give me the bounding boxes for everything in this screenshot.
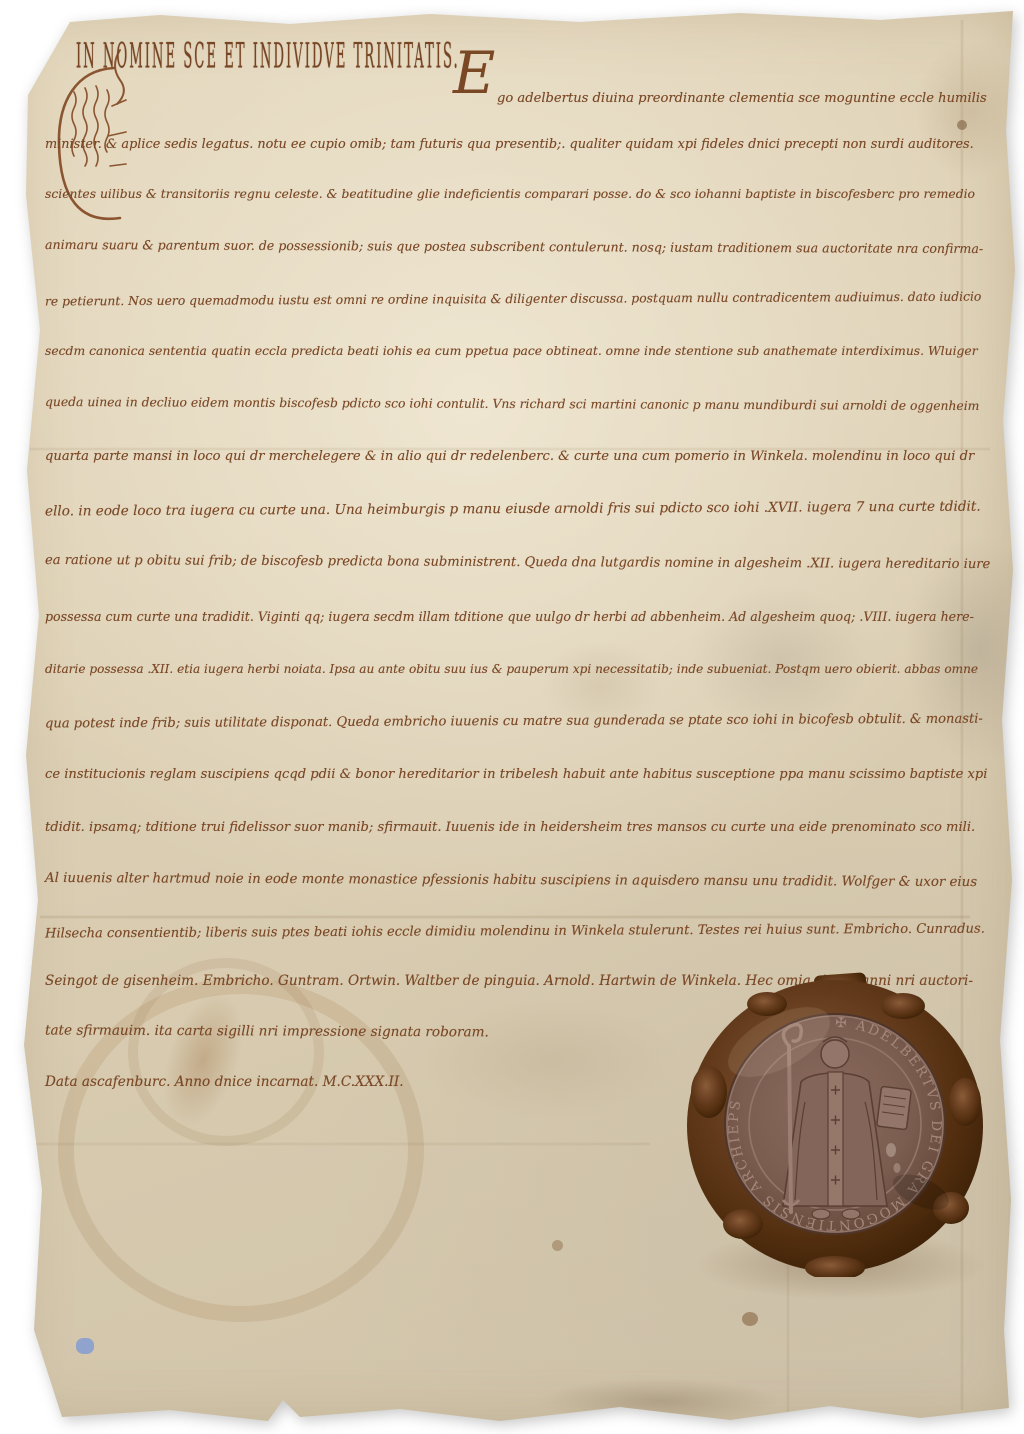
- text-line: minister. & aplice sedis legatus. notu e…: [45, 134, 990, 155]
- text-line: go adelbertus diuina preordinante clemen…: [497, 88, 987, 109]
- stain: [552, 1240, 563, 1251]
- charter-photo: IN NOMINE SCE ET INDIVIDVE TRINITATIS. E…: [0, 0, 1024, 1434]
- initial-letter: E: [453, 44, 495, 102]
- text-line: tdidit. ipsamq; tditione trui fidelissor…: [45, 817, 990, 838]
- text-line: ditarie possessa .XII. etia iugera herbi…: [45, 659, 990, 680]
- text-line: ea ratione ut p obitu sui frib; de bisco…: [45, 550, 990, 575]
- stain: [915, 40, 1024, 180]
- parchment-wrap: IN NOMINE SCE ET INDIVIDVE TRINITATIS. E…: [0, 0, 1024, 1434]
- stain: [540, 1378, 780, 1424]
- text-line: possessa cum curte una tradidit. Viginti…: [45, 606, 990, 627]
- text-line: queda uinea in decliuo eidem montis bisc…: [45, 392, 990, 417]
- text-line: scientes uilibus & transitoriis regnu ce…: [45, 184, 990, 205]
- crease: [30, 1142, 650, 1146]
- wax-seal: ✠ ADELBERTVS DEI GRA MOGONTIENSIS ARCHIE…: [683, 972, 988, 1277]
- text-line: ello. in eode loco tra iugera cu curte u…: [45, 497, 990, 523]
- text-line: secdm canonica sententia quatin eccla pr…: [45, 341, 990, 362]
- text-line: quarta parte mansi in loco qui dr merche…: [45, 446, 990, 467]
- text-line: tate sfirmauim. ita carta sigilli nri im…: [45, 1020, 760, 1044]
- text-line: animaru suaru & parentum suor. de posses…: [45, 234, 990, 259]
- text-line: Data ascafenburc. Anno dnice incarnat. M…: [45, 1072, 430, 1093]
- text-line: Al iuuenis alter hartmud noie in eode mo…: [45, 868, 990, 893]
- text-line: Hilsecha consentientib; liberis suis pte…: [45, 919, 990, 945]
- text-line: ce institucionis reglam suscipiens qcqd …: [45, 764, 990, 785]
- invocation-line: IN NOMINE SCE ET INDIVIDVE TRINITATIS.: [76, 37, 460, 78]
- stain: [742, 1312, 758, 1326]
- parchment: IN NOMINE SCE ET INDIVIDVE TRINITATIS. E…: [0, 0, 1024, 1434]
- text-line: qua potest inde frib; suis utilitate dis…: [45, 709, 990, 735]
- stain: [420, 1000, 680, 1120]
- blue-spot: [76, 1338, 94, 1354]
- stain: [148, 983, 258, 1138]
- text-line: re petierunt. Nos uero quemadmodu iustu …: [45, 287, 990, 313]
